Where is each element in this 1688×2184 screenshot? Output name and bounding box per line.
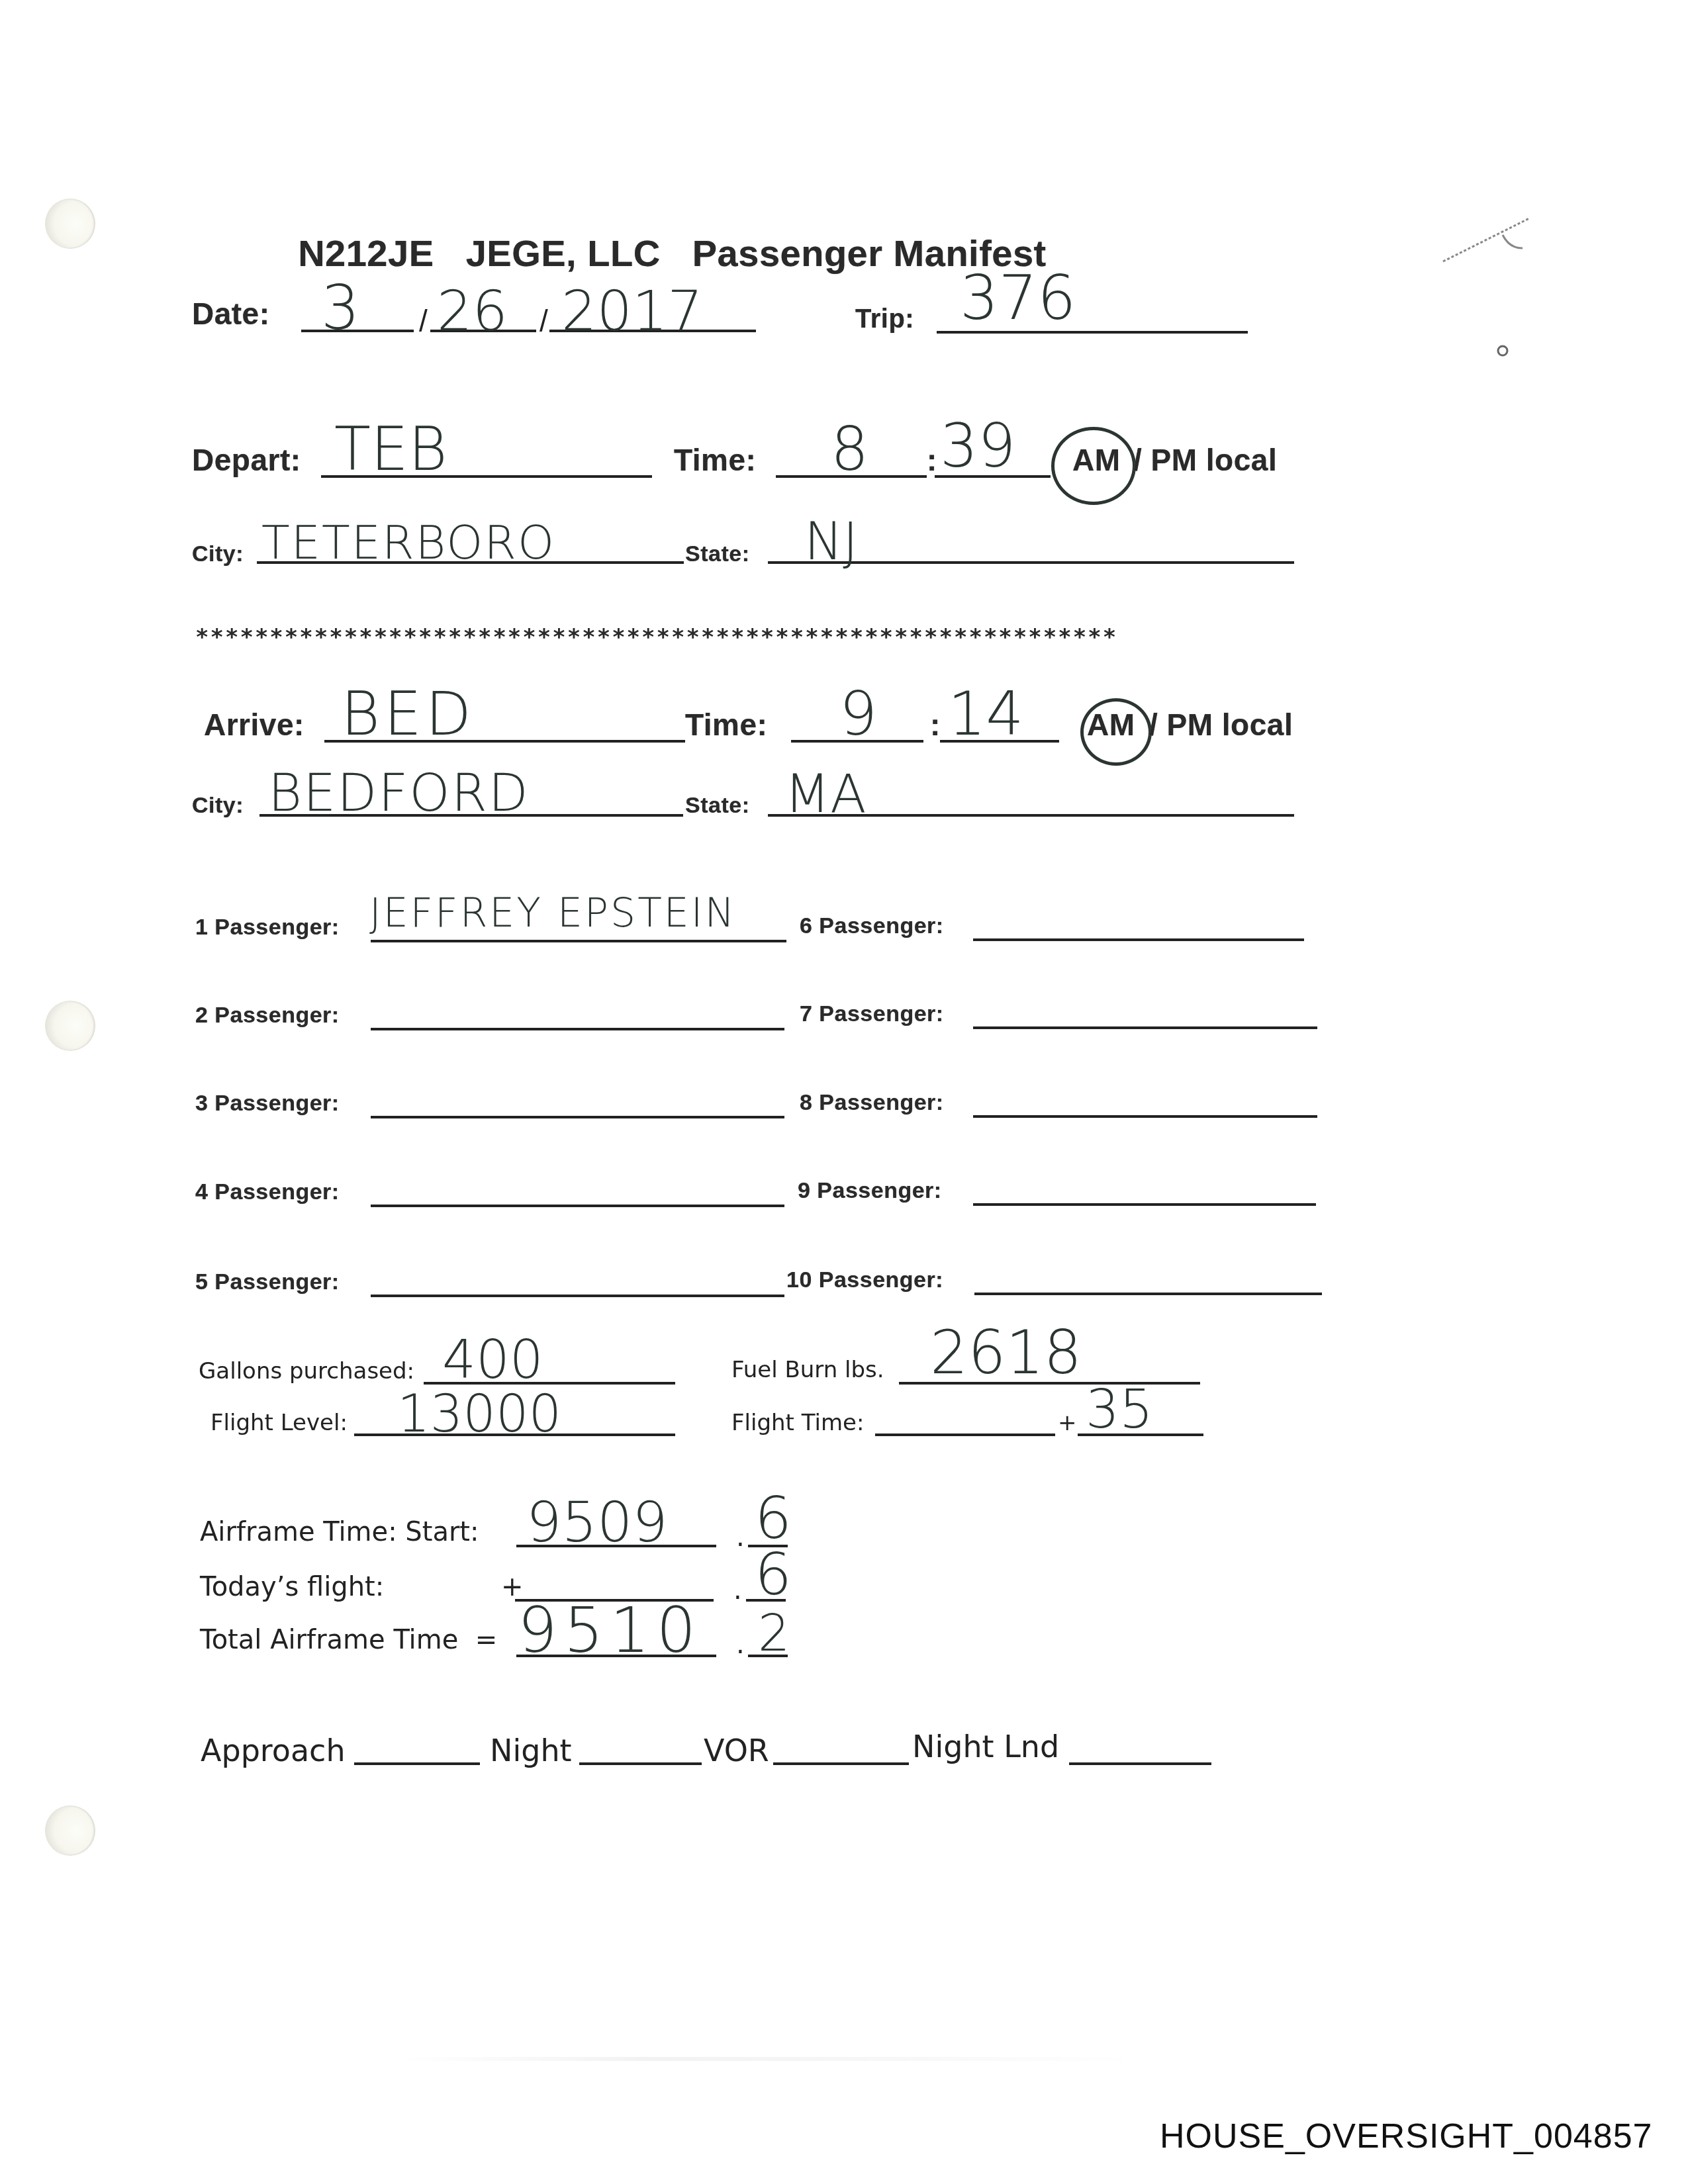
depart-hour-value[interactable]: 8 bbox=[831, 420, 868, 480]
header: N212JE JEGE, LLC Passenger Manifest bbox=[277, 189, 1047, 275]
flight-level-value[interactable]: 13000 bbox=[397, 1388, 561, 1440]
depart-minute-value[interactable]: 39 bbox=[940, 417, 1016, 477]
arrive-label: Arrive: bbox=[204, 707, 305, 743]
arrive-city-value[interactable]: BEDFORD bbox=[268, 768, 530, 819]
date-month-value[interactable]: 3 bbox=[321, 278, 360, 339]
passenger-7-label: 7 Passenger: bbox=[800, 1001, 944, 1027]
airframe-start-label: Airframe Time: Start: bbox=[200, 1517, 479, 1547]
gallons-purchased-value[interactable]: 400 bbox=[442, 1334, 543, 1387]
depart-state-value[interactable]: NJ bbox=[804, 516, 858, 568]
arrive-airport-code[interactable]: BED bbox=[341, 685, 475, 745]
hole-punch-middle bbox=[45, 1001, 95, 1051]
depart-city-label: City: bbox=[192, 541, 244, 567]
date-label: Date: bbox=[192, 296, 270, 332]
passenger-6-label: 6 Passenger: bbox=[800, 913, 944, 939]
depart-state-label: State: bbox=[685, 541, 749, 567]
night-label: Night bbox=[490, 1733, 572, 1768]
bates-number: HOUSE_OVERSIGHT_004857 bbox=[1160, 2116, 1653, 2156]
total-airframe-label: Total Airframe Time = bbox=[200, 1625, 497, 1655]
company-name: JEGE, LLC bbox=[466, 232, 661, 274]
flight-level-label: Flight Level: bbox=[211, 1410, 348, 1436]
hole-punch-bottom bbox=[45, 1805, 95, 1856]
passenger-1-name[interactable]: JEFFREY EPSTEIN bbox=[369, 893, 736, 933]
arrive-state-label: State: bbox=[685, 793, 749, 819]
airframe-start-whole[interactable]: 9509 bbox=[526, 1494, 668, 1550]
arrive-city-label: City: bbox=[192, 793, 244, 819]
depart-time-label: Time: bbox=[674, 442, 756, 478]
passenger-5-label: 5 Passenger: bbox=[195, 1269, 340, 1295]
todays-flight-tenth[interactable]: 6 bbox=[755, 1545, 792, 1604]
airframe-start-tenth[interactable]: 6 bbox=[755, 1489, 792, 1547]
depart-city-value[interactable]: TETERBORO bbox=[261, 520, 555, 566]
fuel-burn-value[interactable]: 2618 bbox=[930, 1324, 1082, 1383]
gallons-purchased-label: Gallons purchased: bbox=[199, 1358, 414, 1385]
depart-airport-code[interactable]: TEB bbox=[334, 420, 447, 480]
passenger-9-label: 9 Passenger: bbox=[798, 1178, 942, 1204]
arrive-minute-value[interactable]: 14 bbox=[948, 685, 1024, 745]
flight-time-minutes-value[interactable]: 35 bbox=[1086, 1383, 1153, 1436]
date-year-value[interactable]: 2017 bbox=[561, 283, 703, 339]
passenger-3-label: 3 Passenger: bbox=[195, 1091, 340, 1116]
flight-time-label: Flight Time: bbox=[731, 1410, 864, 1436]
passenger-4-label: 4 Passenger: bbox=[195, 1179, 340, 1205]
stray-pen-mark bbox=[1430, 199, 1536, 357]
trip-number-value[interactable]: 376 bbox=[960, 268, 1076, 329]
depart-pm-local-option[interactable]: / PM local bbox=[1133, 442, 1277, 478]
fuel-burn-label: Fuel Burn lbs. bbox=[731, 1357, 884, 1383]
passenger-8-label: 8 Passenger: bbox=[800, 1090, 944, 1116]
passenger-1-label: 1 Passenger: bbox=[195, 915, 340, 940]
tail-number: N212JE bbox=[298, 232, 434, 274]
scan-artifact bbox=[397, 2057, 1139, 2061]
trip-label: Trip: bbox=[855, 304, 914, 334]
passenger-2-label: 2 Passenger: bbox=[195, 1003, 340, 1028]
section-separator: ****************************************… bbox=[195, 624, 1117, 651]
depart-label: Depart: bbox=[192, 442, 301, 478]
passenger-10-label: 10 Passenger: bbox=[786, 1267, 943, 1293]
depart-am-option[interactable]: AM bbox=[1072, 442, 1121, 478]
arrive-am-option[interactable]: AM bbox=[1087, 707, 1135, 743]
date-day-value[interactable]: 26 bbox=[437, 283, 508, 339]
arrive-hour-value[interactable]: 9 bbox=[839, 685, 877, 745]
arrive-pm-local-option[interactable]: / PM local bbox=[1149, 707, 1293, 743]
total-airframe-whole[interactable]: 9510 bbox=[518, 1600, 702, 1662]
night-landing-label: Night Lnd bbox=[912, 1729, 1059, 1764]
hole-punch-top bbox=[45, 199, 95, 249]
vor-label: VOR bbox=[704, 1733, 769, 1768]
arrive-state-value[interactable]: MA bbox=[784, 768, 867, 821]
approach-label: Approach bbox=[201, 1733, 346, 1768]
arrive-time-label: Time: bbox=[685, 707, 767, 743]
todays-flight-label: Today’s flight: bbox=[200, 1572, 384, 1602]
total-airframe-tenth[interactable]: 2 bbox=[758, 1608, 790, 1659]
